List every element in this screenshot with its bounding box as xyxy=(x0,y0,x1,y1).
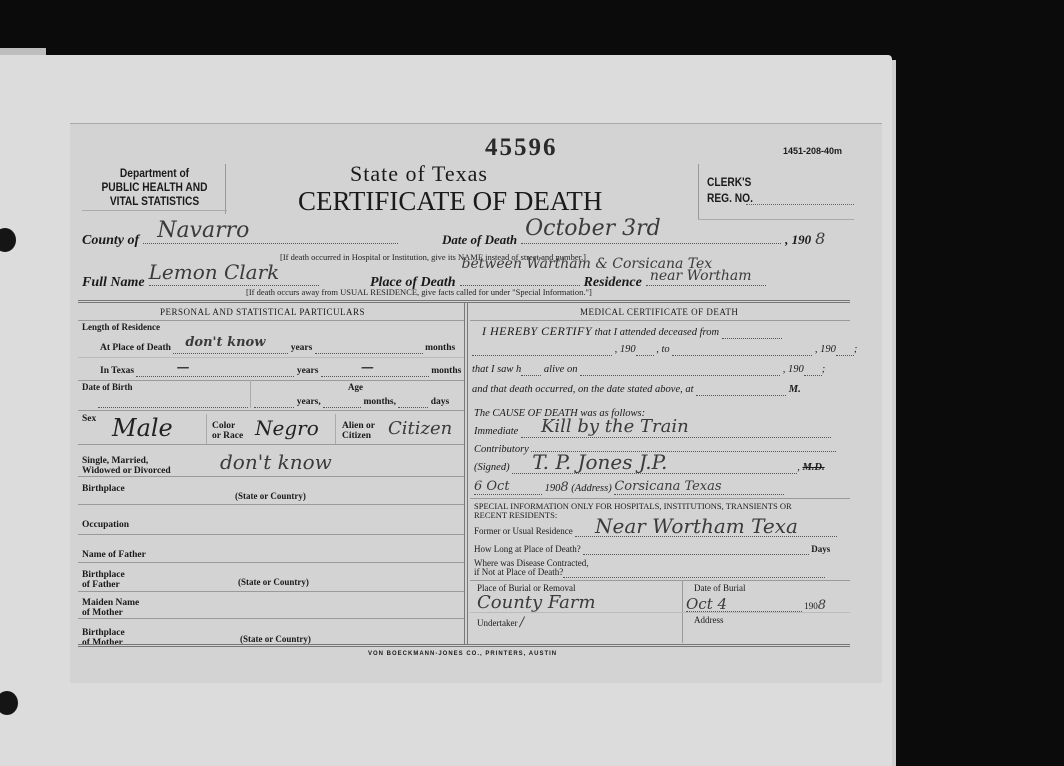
father-name-field[interactable] xyxy=(78,562,464,563)
address-label: (Address) xyxy=(571,483,611,494)
mother-maiden-field[interactable] xyxy=(78,618,464,619)
how-long-field[interactable] xyxy=(583,544,809,555)
time-of-death-field[interactable] xyxy=(696,384,786,396)
rule xyxy=(470,498,850,499)
contributory-label: Contributory xyxy=(474,444,529,455)
clerk-reg-block: CLERK'S REG. NO. xyxy=(707,174,753,206)
clerk-reg-no-field[interactable] xyxy=(746,204,854,205)
father-birthplace-hint: (State or Country) xyxy=(238,577,309,587)
signer-address-value: Corsicana Texas xyxy=(614,479,721,494)
county-value: Navarro xyxy=(157,218,249,243)
marital-label-line-1: Single, Married, xyxy=(82,456,171,466)
attended-to-date-field[interactable] xyxy=(672,344,812,356)
full-name-value: Lemon Clark xyxy=(149,260,280,284)
age-label: Age xyxy=(348,382,363,392)
signature-value: T. P. Jones J.P. xyxy=(532,450,667,474)
birthplace-label: Birthplace xyxy=(82,484,125,494)
age-days-field[interactable] xyxy=(398,397,428,408)
immediate-label: Immediate xyxy=(474,426,518,437)
rule xyxy=(78,380,464,381)
father-name-label: Name of Father xyxy=(82,550,146,560)
father-birthplace-line-1: Birthplace xyxy=(82,570,125,580)
attended-from-date-field[interactable] xyxy=(472,344,612,356)
year-label: , 190 xyxy=(815,344,836,355)
color-label: Color or Race xyxy=(212,421,243,441)
immediate-cause-field[interactable]: Kill by the Train xyxy=(521,426,831,438)
at-place-value: don't know xyxy=(185,335,265,350)
contracted-label-line-2: if Not at Place of Death? xyxy=(474,567,563,577)
mother-birthplace-line-1: Birthplace xyxy=(82,628,125,638)
occupation-label: Occupation xyxy=(82,520,129,530)
county-label: County of xyxy=(82,233,139,248)
department-line-1: Department of xyxy=(93,166,216,180)
immediate-row: Immediate Kill by the Train xyxy=(474,426,831,438)
at-place-months-field[interactable] xyxy=(315,343,423,354)
marital-label: Single, Married, Widowed or Divorced xyxy=(82,456,171,476)
at-place-years-field[interactable]: don't know xyxy=(173,343,288,354)
death-certificate-form: 45596 1451-208-40m Department of PUBLIC … xyxy=(70,123,882,683)
date-of-death-field[interactable]: October 3rd xyxy=(521,228,781,244)
year-label: , 190 xyxy=(783,364,804,375)
date-of-death-value: October 3rd xyxy=(525,216,661,241)
column-divider xyxy=(464,302,468,644)
attended-from-field[interactable] xyxy=(722,327,782,339)
department-line-2: PUBLIC HEALTH AND xyxy=(93,180,216,194)
marital-value[interactable]: don't know xyxy=(220,450,332,474)
dob-age-row: years, months, days xyxy=(98,397,449,408)
contracted-field[interactable] xyxy=(563,568,825,578)
mother-birthplace-hint: (State or Country) xyxy=(240,634,311,644)
father-birthplace-label: Birthplace of Father xyxy=(82,570,125,590)
age-years-label: years xyxy=(297,397,319,407)
occurred-label: and that death occurred, on the date sta… xyxy=(472,384,694,395)
mother-maiden-label: Maiden Name of Mother xyxy=(82,598,139,618)
in-texas-months-value: — xyxy=(361,360,374,375)
burial-date-value: Oct 4 xyxy=(686,595,727,613)
at-place-label: At Place of Death xyxy=(100,343,171,353)
how-long-row: How Long at Place of Death? Days xyxy=(474,544,830,555)
age-years-field[interactable] xyxy=(254,397,294,408)
clerk-underline xyxy=(698,219,854,220)
mother-maiden-line-1: Maiden Name xyxy=(82,598,139,608)
department-underline xyxy=(82,210,227,211)
binder-hole-bottom xyxy=(0,691,18,715)
rule xyxy=(470,612,850,613)
clerk-label: CLERK'S xyxy=(707,174,753,190)
rule xyxy=(335,414,336,444)
marital-label-line-2: Widowed or Divorced xyxy=(82,466,171,476)
burial-place-value[interactable]: County Farm xyxy=(477,592,596,613)
alive-year-field[interactable] xyxy=(804,364,822,376)
age-months-field[interactable] xyxy=(323,397,361,408)
dob-label: Date of Birth xyxy=(82,382,133,392)
former-residence-label: Former or Usual Residence xyxy=(474,526,573,536)
certificate-number: 45596 xyxy=(485,134,558,162)
time-of-death-row: and that death occurred, on the date sta… xyxy=(472,384,801,396)
birthplace-hint: (State or Country) xyxy=(235,491,306,501)
color-value[interactable]: Negro xyxy=(255,416,319,440)
pronoun-field[interactable] xyxy=(521,364,541,376)
color-label-line-2: or Race xyxy=(212,431,243,441)
years-label: years xyxy=(291,343,313,353)
signed-row: (Signed) T. P. Jones J.P. , M.D. xyxy=(474,462,825,474)
rule xyxy=(470,320,850,321)
signed-year-value[interactable]: 8 xyxy=(560,480,568,495)
sex-label: Sex xyxy=(82,414,96,424)
sex-value[interactable]: Male xyxy=(112,414,173,442)
rule xyxy=(78,410,464,411)
burial-year-prefix: 190 xyxy=(804,601,818,611)
clerk-divider xyxy=(698,164,699,219)
mother-maiden-line-2: of Mother xyxy=(82,608,139,618)
year-label: , 190 xyxy=(615,344,636,355)
department-block: Department of PUBLIC HEALTH AND VITAL ST… xyxy=(93,166,216,208)
undertaker-row: Undertaker / xyxy=(477,615,524,630)
state-title: State of Texas xyxy=(350,161,488,187)
md-label: M.D. xyxy=(802,462,824,473)
full-name-label: Full Name xyxy=(82,275,145,290)
footer-divider xyxy=(78,644,850,647)
alive-on-field[interactable] xyxy=(580,364,780,376)
personal-heading: PERSONAL AND STATISTICAL PARTICULARS xyxy=(160,307,365,317)
rule xyxy=(78,320,464,321)
place-of-death-field[interactable]: between Wartham & Corsicana Tex xyxy=(460,270,580,286)
contracted-row: Where was Disease Contracted, if Not at … xyxy=(474,559,825,578)
department-divider xyxy=(225,164,226,214)
signer-address-field[interactable]: Corsicana Texas xyxy=(614,483,784,495)
date-of-death-row: Date of Death October 3rd , 190 8 xyxy=(442,228,825,249)
in-texas-label: In Texas xyxy=(100,366,134,376)
medical-heading: MEDICAL CERTIFICATE OF DEATH xyxy=(580,307,738,317)
residence-value: near Wortham xyxy=(650,268,752,284)
signed-date-value: 6 Oct xyxy=(474,479,510,494)
years-label: years xyxy=(297,366,319,376)
age-months-label: months xyxy=(364,397,394,407)
printer-credit: VON BOECKMANN-JONES CO., PRINTERS, AUSTI… xyxy=(368,651,557,657)
undertaker-value[interactable]: / xyxy=(520,615,524,630)
signed-date-field[interactable]: 6 Oct xyxy=(474,483,542,495)
date-of-death-label: Date of Death xyxy=(442,232,517,247)
immediate-cause-value: Kill by the Train xyxy=(541,416,689,437)
certify-text: that I attended deceased from xyxy=(595,327,719,338)
citizen-value[interactable]: Citizen xyxy=(388,418,452,439)
citizen-label: Alien or Citizen xyxy=(342,421,375,441)
in-texas-months-field[interactable]: — xyxy=(321,366,429,377)
year-value[interactable]: 8 xyxy=(815,229,825,248)
saw-label: that I saw h xyxy=(472,364,521,375)
signed-date-row: 6 Oct 1908 (Address) Corsicana Texas xyxy=(474,480,784,495)
year-prefix: , 190 xyxy=(785,232,811,247)
burial-date-field[interactable]: Oct 4 xyxy=(686,601,802,612)
rule xyxy=(206,414,207,444)
residence-label: Residence xyxy=(584,275,642,290)
to-label: , to xyxy=(656,344,669,355)
at-place-row: At Place of Death don't know years month… xyxy=(100,343,455,354)
former-residence-field[interactable]: Near Wortham Texa xyxy=(575,526,837,537)
rule xyxy=(78,476,464,477)
burial-year-value[interactable]: 8 xyxy=(818,598,826,613)
citizen-label-line-1: Alien or xyxy=(342,421,375,431)
county-field[interactable]: Navarro xyxy=(143,228,398,244)
former-residence-value: Near Wortham Texa xyxy=(595,514,798,538)
father-birthplace-line-2: of Father xyxy=(82,580,125,590)
certify-bold: I HEREBY CERTIFY xyxy=(482,324,592,338)
rule xyxy=(78,357,464,358)
days-label: Days xyxy=(811,544,830,554)
birthplace-field[interactable] xyxy=(78,504,464,505)
burial-date-row: Oct 4 1908 xyxy=(686,598,826,613)
binder-hole-top xyxy=(0,228,16,252)
burial-date-label: Date of Burial xyxy=(694,583,745,593)
father-birthplace-field[interactable] xyxy=(78,591,464,592)
signed-year-prefix: 190 xyxy=(545,483,561,494)
certificate-title: CERTIFICATE OF DEATH xyxy=(298,186,602,217)
signature-field[interactable]: T. P. Jones J.P. xyxy=(512,462,797,474)
undertaker-address-label: Address xyxy=(694,615,724,625)
full-name-field[interactable]: Lemon Clark xyxy=(149,270,319,286)
form-code: 1451-208-40m xyxy=(783,146,842,156)
citizen-label-line-2: Citizen xyxy=(342,431,375,441)
alive-on-label: alive on xyxy=(544,364,578,375)
certify-row: I HEREBY CERTIFY that I attended decease… xyxy=(482,324,782,339)
county-row: County of Navarro xyxy=(82,228,398,249)
in-texas-row: In Texas — years — months xyxy=(100,366,461,377)
department-line-3: VITAL STATISTICS xyxy=(93,194,216,208)
months-label: months xyxy=(425,343,455,353)
attended-to-year-field[interactable] xyxy=(836,344,854,356)
attended-dates-row: , 190 , to , 190 ; xyxy=(472,344,857,356)
former-residence-row: Former or Usual Residence Near Wortham T… xyxy=(474,526,837,537)
length-of-residence-label: Length of Residence xyxy=(82,322,160,332)
color-label-line-1: Color xyxy=(212,421,243,431)
residence-field[interactable]: near Wortham xyxy=(646,270,766,286)
dob-field[interactable] xyxy=(98,397,248,408)
months-label: months xyxy=(431,366,461,376)
in-texas-years-field[interactable]: — xyxy=(136,366,294,377)
residence-note: [If death occurs away from USUAL RESIDEN… xyxy=(246,287,592,297)
undertaker-label: Undertaker xyxy=(477,618,517,628)
in-texas-years-value: — xyxy=(176,360,189,375)
meridiem-label: M. xyxy=(789,384,801,395)
attended-from-year-field[interactable] xyxy=(636,344,654,356)
signed-label: (Signed) xyxy=(474,462,510,473)
how-long-label: How Long at Place of Death? xyxy=(474,544,581,554)
age-days-label: days xyxy=(431,397,449,407)
rule xyxy=(470,580,850,581)
occupation-field[interactable] xyxy=(78,534,464,535)
saw-alive-row: that I saw h alive on , 190 ; xyxy=(472,364,825,376)
rule xyxy=(78,444,464,445)
